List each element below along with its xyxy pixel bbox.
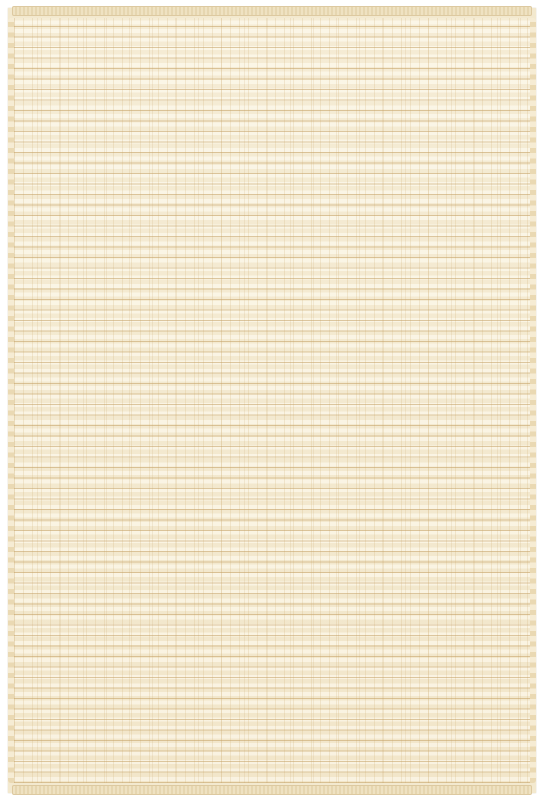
rug-bottom-binding [12, 785, 532, 795]
woven-rug [8, 8, 536, 793]
rug-right-edge [530, 18, 536, 783]
rug-top-binding [12, 6, 532, 16]
rug-weave-texture [14, 18, 530, 783]
